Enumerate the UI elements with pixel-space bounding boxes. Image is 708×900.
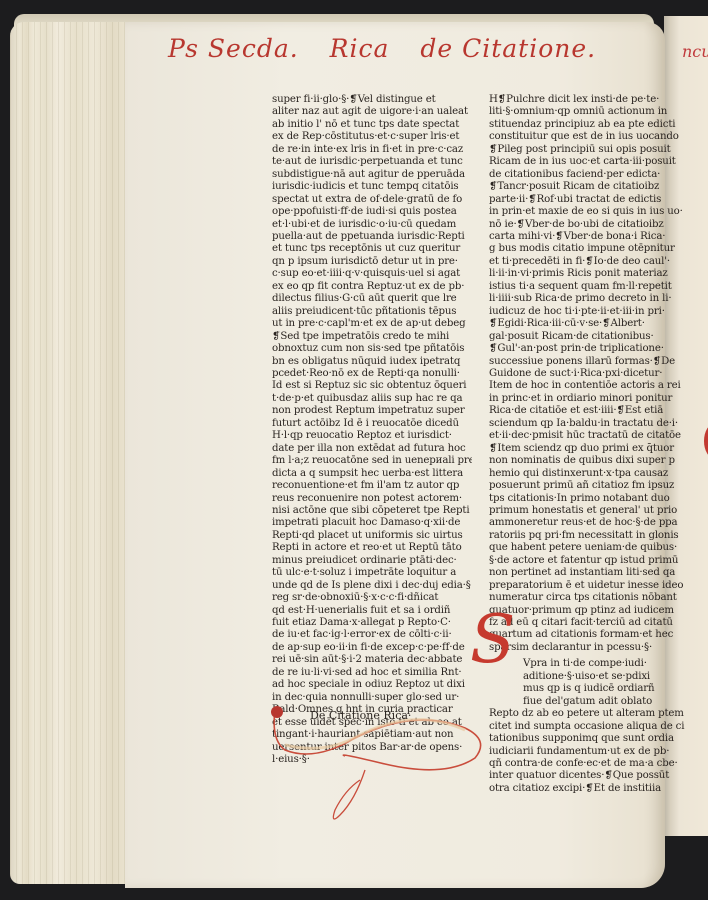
text-line: istius ti·a sequent quam fm·ll·repetit [489,281,689,293]
text-line: hemio qui distinxerunt·x·tpa causaz [489,468,689,480]
text-line: Guidone de suct·i·Rica·pxi·dicetur· [489,368,689,380]
facing-page-running-head: nculai [682,42,708,61]
text-line: sciendum qp Ia·baldu·in tractatu de·i· [489,418,689,430]
text-line: preparatorium ē et uidetur inesse ideo [489,580,689,592]
text-line: numeratur circa tps citationis nōbant [489,592,689,604]
text-line: date per illa non extēdat ad futura hoc [272,443,472,455]
text-line: fiue del'gatum adit oblato [489,696,689,708]
text-line: ammoneretur reus·et de hoc·§·de ppa [489,517,689,529]
text-line: et·ii·dec·pmisit hūc tractatū de citatōe [489,430,689,442]
text-line: in princ·et in ordiario minori ponitur [489,393,689,405]
text-line: obnoxtuz cum non sis·sed tpe pñtatōis [272,343,472,355]
page-edge-lines [10,22,130,884]
text-line: ❡Tancr·posuit Ricam de citatioibz [489,181,689,193]
text-line: de iu·et fac·ig·l·error·ex de cōlti·c·ii… [272,629,472,641]
text-line: non nominatis de quibus dixi super p [489,455,689,467]
text-line: aditione·§·uiso·et se·pdixi [489,671,689,683]
text-line: carta mihi·vi·❡Vber·de bona·i Rica· [489,231,689,243]
text-line: in prin·et maxie de eo si quis in ius uo… [489,206,689,218]
text-line: ratoriis pq pri·fm necessitatt in glonis [489,530,689,542]
text-line: citet ind sumpta occasione aliqua de ci [489,721,689,733]
text-line: rei uē·sin aūt·§·i·2 materia dec·abbate [272,654,472,666]
text-line: impetrati placuit hoc Damaso·q·xii·de [272,517,472,529]
text-line: nō ie·❡Vber·de bo·ubi de citatioibz [489,219,689,231]
text-line: Repto dz ab eo petere ut alteram ptem [489,708,689,720]
text-line: posuerunt primū añ citatioz fm ipsuz [489,480,689,492]
text-line: pcedet·Reo·nō ex de Repti·qa nonulli· [272,368,472,380]
text-line: fuit etiaz Dama·x·allegat p Repto·C· [272,617,472,629]
text-line: futurt actōibz Id ē i reuocatōe dicedū [272,418,472,430]
text-line: ab initio l' nō et tunc tps date spectat [272,119,472,131]
text-line: iurisdic·iudicis et tunc tempq citatōis [272,181,472,193]
text-line: reconuentione·et fm il'am tz autor qp [272,480,472,492]
text-line: reus reconuenire non potest actorem· [272,493,472,505]
text-line: dilectus filius·G·cū aūt querit que lre [272,293,472,305]
text-line: primum honestatis et general' ut prio [489,505,689,517]
text-line: subdistigue·nā aut agitur de pperuāda [272,169,472,181]
book-fore-edge [10,22,130,884]
text-line: bn es obligatus nūquid iudex ipetratq [272,356,472,368]
text-line: Vpra in ti·de compe·iudi· [489,658,689,670]
text-line: §·de actore et fatentur qp istud primū [489,555,689,567]
text-line: qñ contra·de confe·ec·et de ma·a cbe· [489,758,689,770]
text-line: g bus modis citatio impune otēpnitur [489,243,689,255]
text-line: ❡Gul'·an·post prin·de triplicatione· [489,343,689,355]
text-line: successiue ponens illarū formas·❡De [489,356,689,368]
text-line: ❡Egidi·Rica·iii·cū·v·se·❡Albert· [489,318,689,330]
text-line: H❡Pulchre dicit lex insti·de pe·te· [489,94,689,106]
text-line: stituendaz principiuz ab ea pte edicti [489,119,689,131]
text-line: Repti in actore et reo·et ut Reptū tāto [272,542,472,554]
text-line: spectat ut extra de of·dele·gratū de fo [272,194,472,206]
text-line: et·l·ubi·et de iurisdic·o·iu·cū quedam [272,219,472,231]
text-line: ❡Sed tpe impetratōis credo te mihi [272,331,472,343]
text-line: ad hoc speciale in odiuz Reptoz ut dixi [272,679,472,691]
text-line: liti·§·omnium·qp omniū actionum in [489,106,689,118]
text-line: de ap·sup eo·ii·in fi·de excep·c·pe·ff·d… [272,642,472,654]
text-line: sparsim declarantur in pcessu·§· [489,642,689,654]
text-line: quartum ad citationis formam·et hec [489,629,689,641]
text-line: quatuor·primum qp ptinz ad iudicem [489,605,689,617]
text-line: ut in pre·c·capl'm·et ex de ap·ut debeg [272,318,472,330]
running-head-part: Ps Secda. [168,34,299,63]
text-line: inter quatuor dicentes·❡Que possūt [489,770,689,782]
text-line: H·l·qp reuocatio Reptoz et iurisdict· [272,430,472,442]
text-line: de citationibus faciend·per edicta· [489,169,689,181]
text-line: tps citationis·In primo notabant duo [489,493,689,505]
facing-page-red-initial [704,424,708,458]
text-line: aliis preiudicent·tūc pñtationis tēpus [272,306,472,318]
text-line: mus qp is q iudicē ordiarñ [489,683,689,695]
text-line: gal·posuit Ricam·de citationibus· [489,331,689,343]
left-text-column: super fi·ii·glo·§·❡Vel distingue etalite… [272,94,472,766]
right-text-column: H❡Pulchre dicit lex insti·de pe·te·liti·… [489,94,689,795]
text-line: li·iiii·sub Rica·de primo decreto in li· [489,293,689,305]
text-line: constituitur que est de in ius uocando [489,131,689,143]
text-line: reg sr·de·obnoxiū·§·x·c·c·fi·dñicat [272,592,472,604]
text-line: non pertinet ad instantiam liti·sed qa [489,567,689,579]
text-line: iudiciarii fundamentum·ut ex de pb· [489,746,689,758]
text-line: iudicuz de hoc ti·i·pte·ii·et·iii·in pri… [489,306,689,318]
text-line: nisi actōne que sibi cōpeteret tpe Repti [272,505,472,517]
text-line: de re·in inte·ex lris in fi·et in pre·c·… [272,144,472,156]
text-line: Repti·qd placet ut uniformis sic uirtus [272,530,472,542]
running-head-part: de Citatione. [420,34,596,63]
text-line: c·sup eo·et·iiii·q·v·quisquis·uel si aga… [272,268,472,280]
text-line: ex eo qp fit contra Reptuz·ut ex de pb· [272,281,472,293]
text-line: que habent petere ueniam·de quibus· [489,542,689,554]
decorated-initial-s: S [470,610,518,680]
text-line: et ti·precedēti in fi·❡Io·de deo caul'· [489,256,689,268]
text-line: qd est·H·uenerialis fuit et sa i ordiñ [272,605,472,617]
text-line: Rica·de citatiōe et est·iiii·❡Est etiā [489,405,689,417]
text-line: et tunc tps receptōnis ut cuz queritur [272,243,472,255]
text-line: otra citatioz excipi·❡Et de institiia [489,783,689,795]
text-line: ope·ppofuisti·ff·de iudi·si quis postea [272,206,472,218]
text-line: qn p ipsum iurisdictō detur ut in pre· [272,256,472,268]
text-line: unde qd de Is plene dixi i dec·duj edia·… [272,580,472,592]
text-line: tū ulc·e·t·soluz i impetrāte loquitur a [272,567,472,579]
text-line: aliter naz aut agit de uigore·i·an ualea… [272,106,472,118]
text-line: dicta a q sumpsit hec uerba·est littera [272,468,472,480]
text-line: ❡Item sciendz qp duo primi ex q̄tuor [489,443,689,455]
text-line: Item de hoc in contentiōe actoris a rei [489,380,689,392]
text-line: non prodest Reptum impetratuz super [272,405,472,417]
pen-flourish-decoration [265,700,485,820]
text-line: fm l·a;z reuocatōne sed in uenериali pre [272,455,472,467]
text-line: de re iu·li·vi·sed ad hoc et similia Rnt… [272,667,472,679]
text-line: t·de·p·et quibusdaz aliis sup hac re qa [272,393,472,405]
running-head-part: Rica [330,34,390,63]
text-line: parte·ii·❡Rof·ubi tractat de edictis [489,194,689,206]
text-line: te·aut de iurisdic·perpetuanda et tunc [272,156,472,168]
text-line: fz ad eū q citari facit·terciū ad citatū [489,617,689,629]
running-head: Ps Secda. Rica de Citatione. [168,34,618,63]
text-line: ❡Pileg post principiū sui opis posuit [489,144,689,156]
text-line: Id est si Reptuz sic sic obtentuz ōqueri [272,380,472,392]
text-line: minus preiudicet ordinarie ptāti·dec· [272,555,472,567]
text-line: Ricam de in ius uoc·et carta·iii·posuit [489,156,689,168]
text-line: super fi·ii·glo·§·❡Vel distingue et [272,94,472,106]
text-line: puella·aut de ppetuanda iurisdic·Repti [272,231,472,243]
text-line: tationibus supponimq que sunt ordia [489,733,689,745]
text-line: ex de Rep·cōstitutus·et·c·super lris·et [272,131,472,143]
text-line: li·ii·in·vi·primis Ricis ponit materiaz [489,268,689,280]
